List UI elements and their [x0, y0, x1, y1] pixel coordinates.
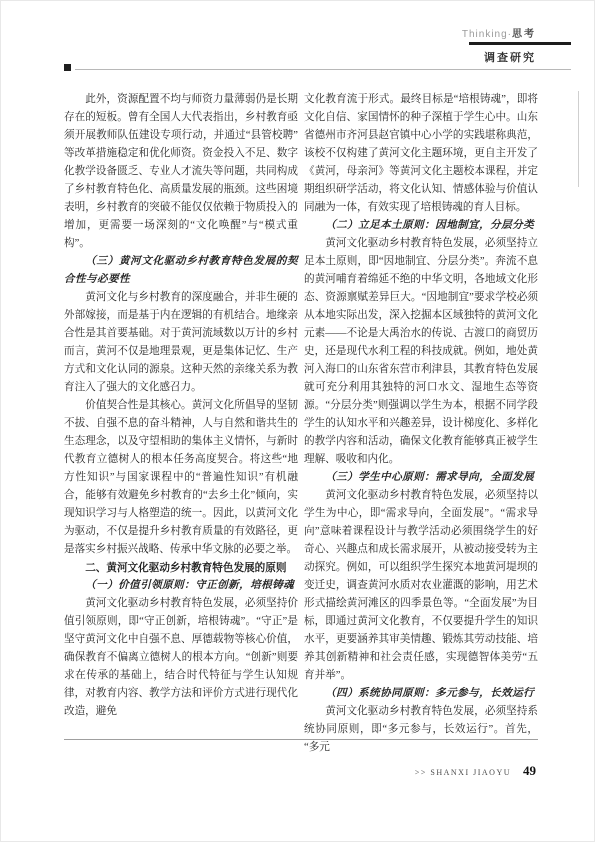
header-eyebrow: Thinking·思考	[462, 25, 536, 40]
paragraph: 此外，资源配置不均与师资力量薄弱仍是长期存在的短板。曾有全国人大代表指出，乡村教…	[64, 91, 298, 253]
footer-page-number: 49	[523, 763, 536, 778]
paragraph: 黄河文化驱动乡村教育特色发展，必须坚持立足本土原则，即“因地制宜、分层分类”。奔…	[304, 235, 538, 469]
header-bar	[469, 42, 571, 45]
left-column: 此外，资源配置不均与师资力量薄弱仍是长期存在的短板。曾有全国人大代表指出，乡村教…	[64, 91, 298, 721]
right-column: 文化教育流于形式。最终目标是“培根铸魂”，即将文化自信、家国情怀的种子深植于学生…	[304, 91, 538, 757]
paragraph: 黄河文化与乡村教育的深度融合，并非生硬的外部嫁接，而是基于内在逻辑的有机结合。地…	[64, 289, 298, 397]
header-section-title: 调查研究	[484, 49, 536, 65]
paragraph: 黄河文化驱动乡村教育特色发展，必须坚持以学生为中心，即“需求导向，全面发展”。“…	[304, 487, 538, 685]
subsection-heading: （一）价值引领原则：守正创新，培根铸魂	[64, 577, 298, 595]
page-edge-artifact	[578, 91, 579, 187]
subsection-heading: （三）黄河文化驱动乡村教育特色发展的契合性与必要性	[64, 253, 298, 289]
journal-page: Thinking·思考 调查研究 此外，资源配置不均与师资力量薄弱仍是长期存在的…	[0, 0, 595, 842]
footer-rule	[64, 739, 538, 740]
paragraph: 文化教育流于形式。最终目标是“培根铸魂”，即将文化自信、家国情怀的种子深植于学生…	[304, 91, 538, 217]
header-corner-square	[64, 64, 71, 71]
footer: >> SHANXI JIAOYU49	[415, 762, 536, 780]
footer-journal-name: >> SHANXI JIAOYU	[415, 768, 511, 777]
subsection-heading: （二）立足本土原则：因地制宜，分层分类	[304, 217, 538, 235]
paragraph: 黄河文化驱动乡村教育特色发展，必须坚持价值引领原则，即“守正创新，培根铸魂”。“…	[64, 595, 298, 721]
subsection-heading: （三）学生中心原则：需求导向，全面发展	[304, 469, 538, 487]
header-eyebrow-en: Thinking·	[462, 29, 512, 40]
paragraph: 价值契合性是其核心。黄河文化所倡导的坚韧不拔、自强不息的奋斗精神，人与自然和谐共…	[64, 397, 298, 559]
subsection-heading: （四）系统协同原则：多元参与，长效运行	[304, 685, 538, 703]
paragraph: 黄河文化驱动乡村教育特色发展，必须坚持系统协同原则，即“多元参与，长效运行”。首…	[304, 703, 538, 757]
header-rule	[75, 69, 571, 70]
header-eyebrow-cn: 思考	[512, 29, 536, 40]
section-heading: 二、黄河文化驱动乡村教育特色发展的原则	[64, 559, 298, 577]
